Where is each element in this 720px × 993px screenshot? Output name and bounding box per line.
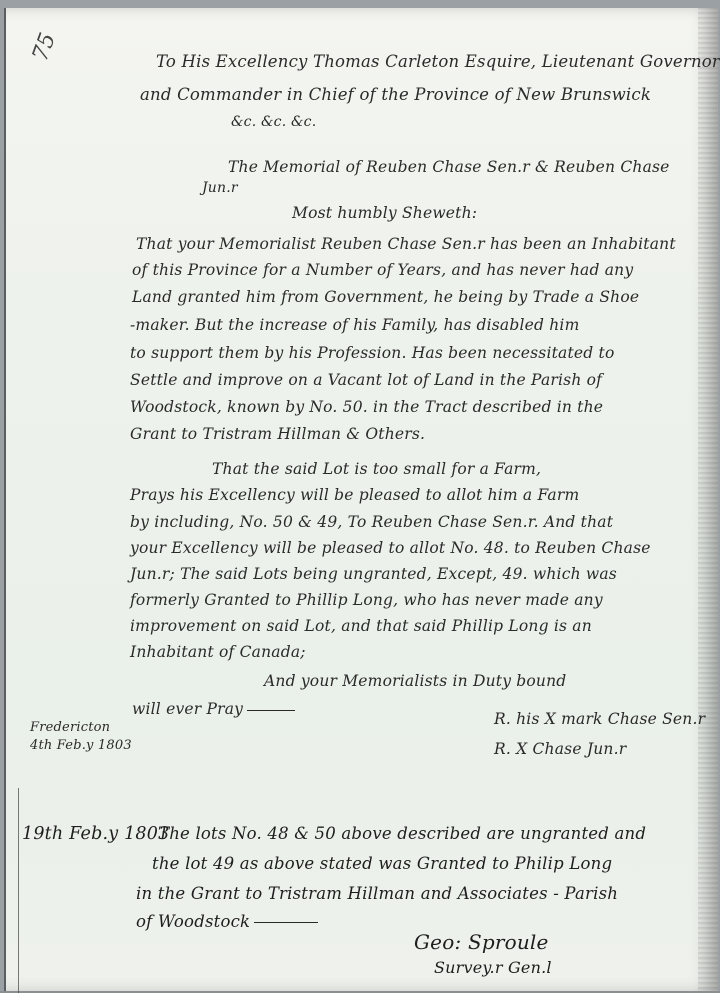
document-page: 75 To His Excellency Thomas Carleton Esq… xyxy=(4,8,718,991)
para1-line-2: of this Province for a Number of Years, … xyxy=(132,261,633,279)
surveyor-title: Survey.r Gen.l xyxy=(434,958,552,977)
survey-note-flourish xyxy=(254,922,318,923)
surveyor-signature: Geo: Sproule xyxy=(414,930,549,954)
address-line-1: To His Excellency Thomas Carleton Esquir… xyxy=(156,52,720,71)
memorial-date: 4th Feb.y 1803 xyxy=(30,738,132,753)
para2-line-7: improvement on said Lot, and that said P… xyxy=(130,617,592,635)
signature-reuben-chase-sen: R. his X mark Chase Sen.r xyxy=(494,710,705,728)
address-line-3: &c. &c. &c. xyxy=(231,114,316,130)
para1-line-4: -maker. But the increase of his Family, … xyxy=(130,316,579,334)
para1-line-5: to support them by his Profession. Has b… xyxy=(130,344,615,362)
address-line-2: and Commander in Chief of the Province o… xyxy=(140,85,651,104)
survey-note-line-2: the lot 49 as above stated was Granted t… xyxy=(152,854,612,873)
para2-line-1: That the said Lot is too small for a Far… xyxy=(212,460,541,478)
survey-note-line-4-wrap: of Woodstock xyxy=(136,912,318,931)
para1-line-7: Woodstock, known by No. 50. in the Tract… xyxy=(130,398,603,416)
para2-line-4: your Excellency will be pleased to allot… xyxy=(130,539,651,557)
para2-line-3: by including, No. 50 & 49, To Reuben Cha… xyxy=(130,513,613,531)
closing-flourish xyxy=(247,710,295,711)
survey-note-line-4: of Woodstock xyxy=(136,912,250,931)
signature-reuben-chase-jun: R. X Chase Jun.r xyxy=(494,740,626,758)
salutation: Most humbly Sheweth: xyxy=(292,204,477,222)
survey-note-line-1: The lots No. 48 & 50 above described are… xyxy=(158,824,646,843)
closing-line-1: And your Memorialists in Duty bound xyxy=(264,672,566,690)
para2-line-2: Prays his Excellency will be pleased to … xyxy=(130,486,579,504)
margin-rule xyxy=(18,788,19,991)
survey-note-line-3: in the Grant to Tristram Hillman and Ass… xyxy=(136,884,618,903)
para2-line-5: Jun.r; The said Lots being ungranted, Ex… xyxy=(130,565,617,583)
para1-line-8: Grant to Tristram Hillman & Others. xyxy=(130,425,425,443)
memorial-title-line-1: The Memorial of Reuben Chase Sen.r & Reu… xyxy=(228,158,670,176)
para1-line-6: Settle and improve on a Vacant lot of La… xyxy=(130,371,602,389)
margin-number: 75 xyxy=(28,30,61,65)
page-right-edge-shadow xyxy=(698,8,718,991)
closing-line-2: will ever Pray xyxy=(132,700,243,718)
para2-line-8: Inhabitant of Canada; xyxy=(130,643,306,661)
memorial-title-line-2: Jun.r xyxy=(202,180,238,196)
closing-line-2-wrap: will ever Pray xyxy=(132,700,295,718)
para1-line-3: Land granted him from Government, he bei… xyxy=(132,288,639,306)
scan-frame: 75 To His Excellency Thomas Carleton Esq… xyxy=(0,0,720,991)
place: Fredericton xyxy=(30,720,110,735)
para1-line-1: That your Memorialist Reuben Chase Sen.r… xyxy=(136,235,676,253)
para2-line-6: formerly Granted to Phillip Long, who ha… xyxy=(130,591,603,609)
survey-note-date: 19th Feb.y 1803 xyxy=(22,824,169,844)
